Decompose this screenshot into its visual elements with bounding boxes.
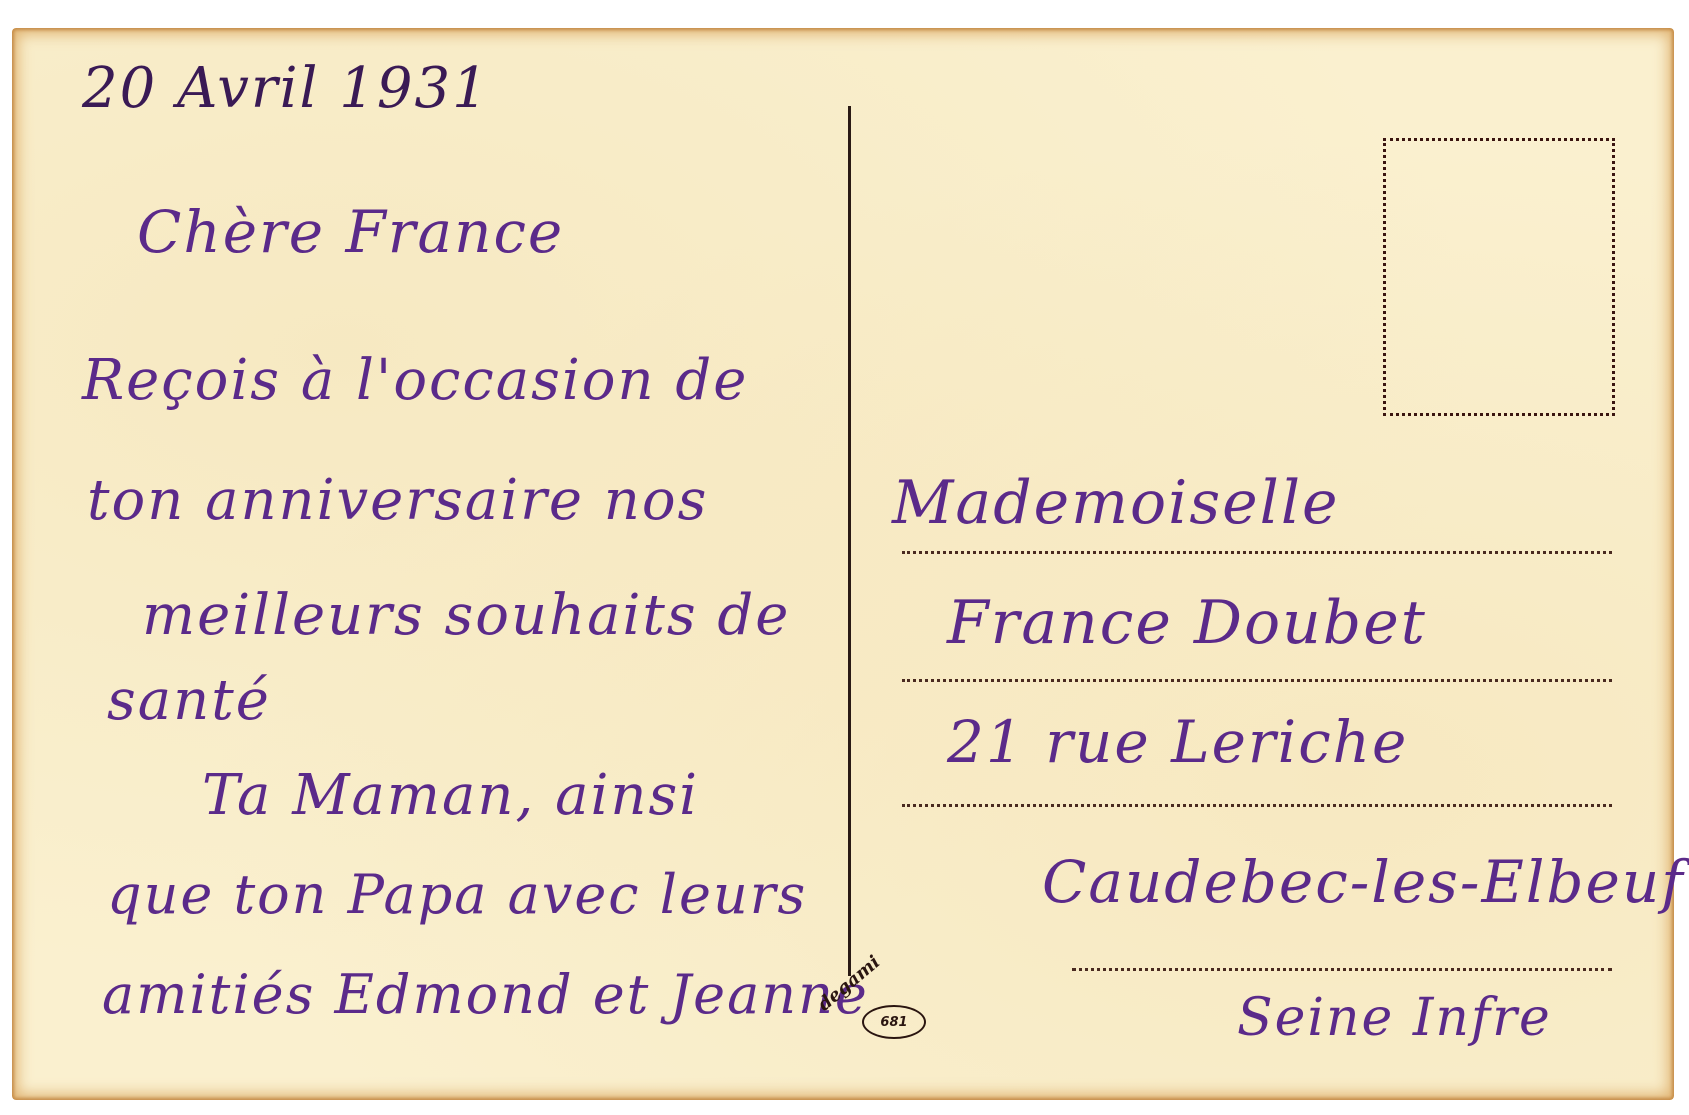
address-rule [902, 551, 1612, 554]
publisher-number: 681 [862, 1005, 926, 1039]
postcard: 20 Avril 1931 Chère France Reçois à l'oc… [12, 28, 1674, 1100]
message-date: 20 Avril 1931 [82, 56, 490, 121]
message-signature: amitiés Edmond et Jeanne [102, 963, 869, 1026]
message-salutation: Chère France [137, 198, 564, 266]
center-divider [848, 106, 851, 976]
address-rule [1072, 968, 1612, 971]
address-line-department: Seine Infre [1237, 988, 1552, 1048]
address-line-name: France Doubet [947, 588, 1427, 658]
address-line-city: Caudebec-les-Elbeuf [1042, 848, 1685, 916]
address-rule [902, 679, 1612, 682]
message-line: ton anniversaire nos [87, 468, 708, 533]
stamp-placeholder-box [1383, 138, 1615, 416]
message-line: Ta Maman, ainsi [202, 763, 699, 828]
publisher-mark: degami 681 [812, 963, 902, 1033]
message-line: Reçois à l'occasion de [82, 348, 748, 413]
message-line: meilleurs souhaits de [142, 583, 790, 648]
address-line-title: Mademoiselle [892, 468, 1340, 538]
address-line-street: 21 rue Leriche [947, 708, 1408, 776]
message-line: santé [107, 668, 271, 733]
address-rule [902, 804, 1612, 807]
message-line: que ton Papa avec leurs [107, 863, 807, 926]
